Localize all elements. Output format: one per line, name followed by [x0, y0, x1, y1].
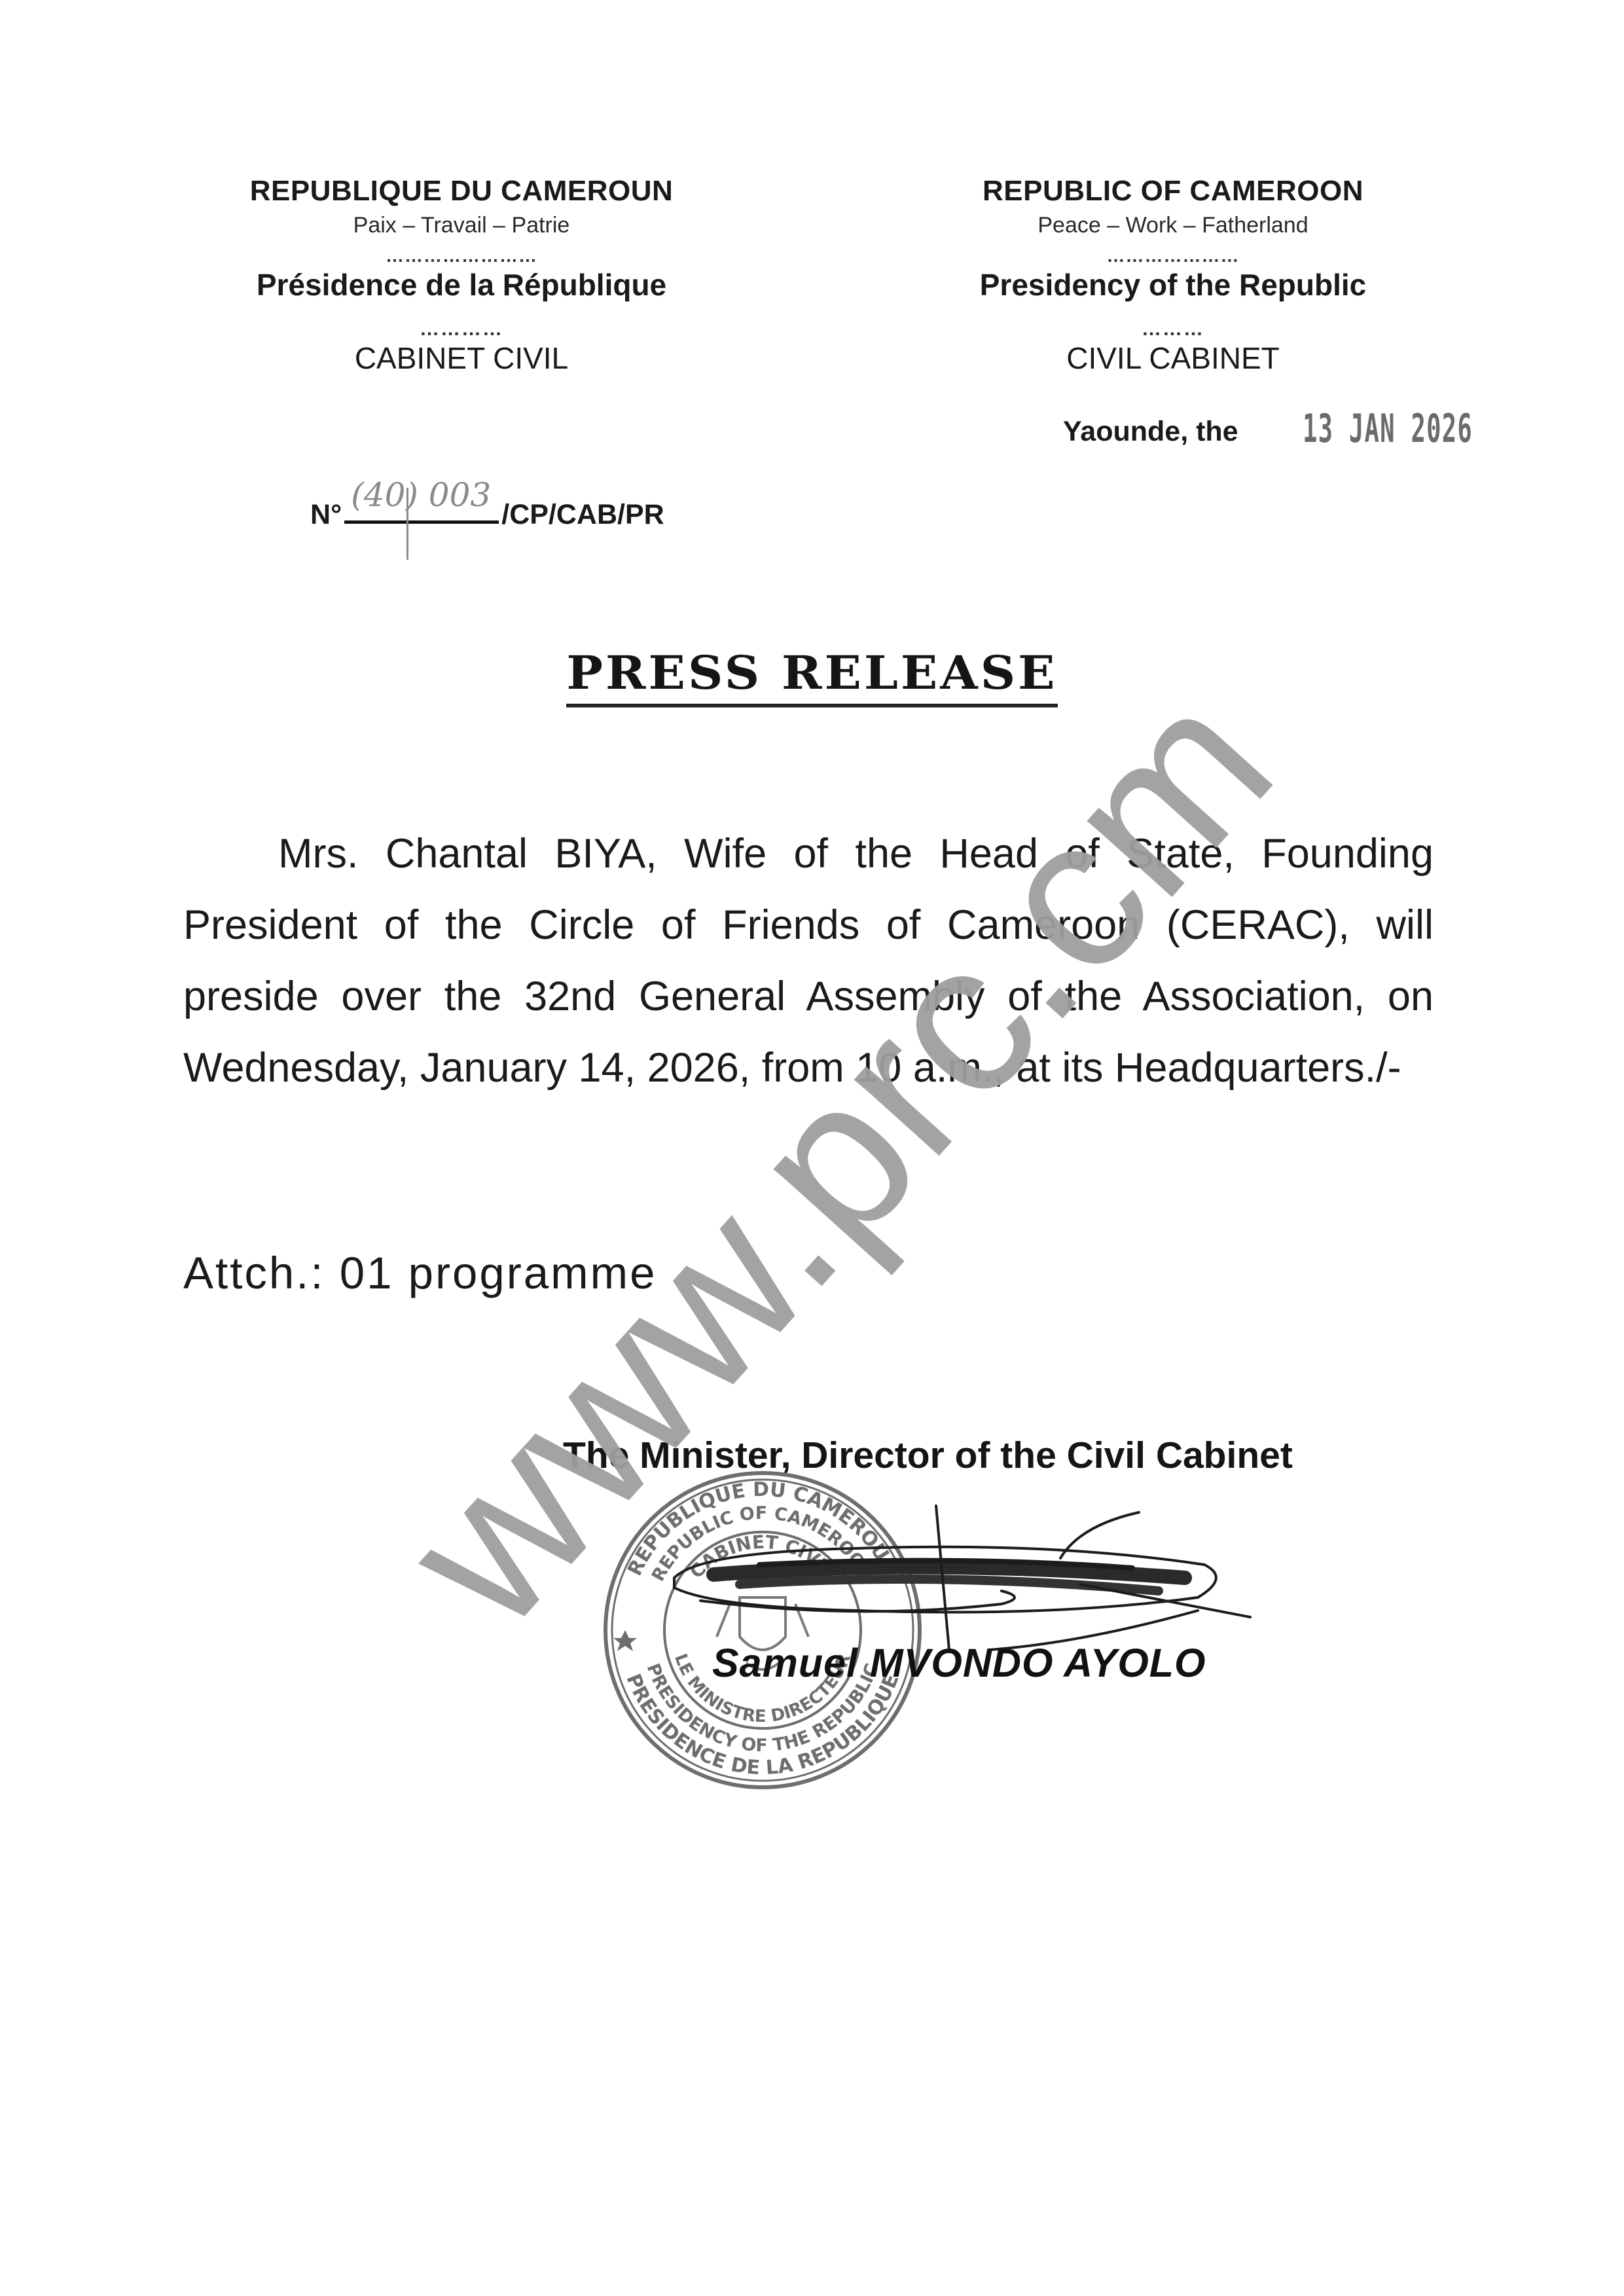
press-release-body: Mrs. Chantal BIYA, Wife of the Head of S…: [183, 818, 1434, 1104]
header-french: REPUBLIQUE DU CAMEROUN Paix – Travail – …: [187, 172, 736, 377]
separator-dots: ………: [898, 319, 1448, 339]
department-fr: CABINET CIVIL: [187, 339, 736, 377]
separator-dots: …………………: [898, 246, 1448, 266]
reference-suffix: /CP/CAB/PR: [501, 499, 664, 530]
country-name-en: REPUBLIC OF CAMEROON: [898, 172, 1448, 211]
handwritten-number: (40) 003: [351, 476, 491, 514]
signatory-name: Samuel MVONDO AYOLO: [712, 1640, 1206, 1686]
reference-number: N°(40) 003/CP/CAB/PR: [310, 494, 664, 531]
date-stamp: 13 JAN 2026: [1303, 406, 1473, 452]
separator-dots: ……………………: [187, 246, 736, 266]
seal-star-icon: [613, 1630, 637, 1651]
office-name-fr: Présidence de la République: [187, 266, 736, 304]
attachment-note: Attch.: 01 programme: [183, 1247, 657, 1299]
office-name-en: Presidency of the Republic: [898, 266, 1448, 304]
motto-fr: Paix – Travail – Patrie: [187, 211, 736, 240]
handwritten-stroke: [406, 488, 408, 560]
press-release-heading: PRESS RELEASE: [566, 646, 1057, 707]
department-en: CIVIL CABINET: [898, 339, 1448, 377]
separator-dots: …………: [187, 319, 736, 339]
reference-prefix: N°: [310, 499, 342, 530]
handwritten-signature-icon: [661, 1486, 1263, 1656]
document-title: PRESS RELEASE: [0, 645, 1624, 709]
motto-en: Peace – Work – Fatherland: [898, 211, 1448, 240]
header-english: REPUBLIC OF CAMEROON Peace – Work – Fath…: [898, 172, 1448, 377]
date-prefix: Yaounde, the: [1063, 416, 1238, 448]
reference-blank: (40) 003: [344, 494, 499, 524]
country-name-fr: REPUBLIQUE DU CAMEROUN: [187, 172, 736, 211]
